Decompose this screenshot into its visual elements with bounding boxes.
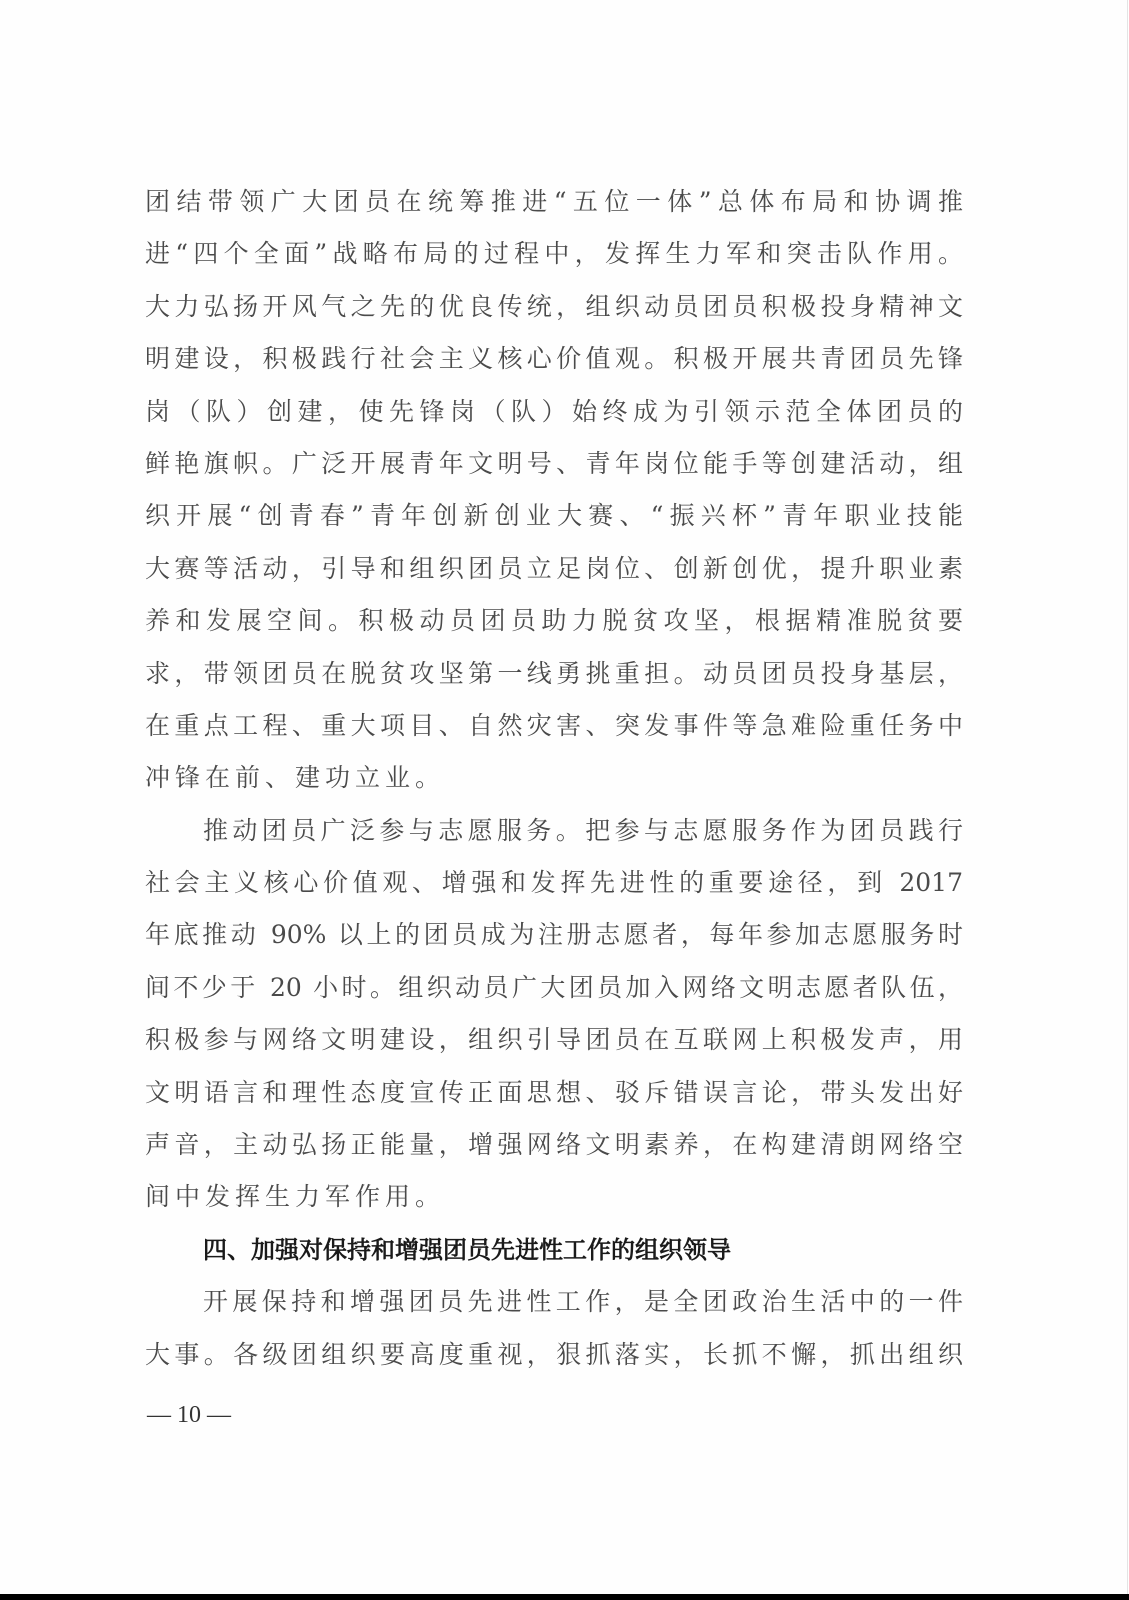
paragraph-start-line: 开展保持和增强团员先进性工作，是全团政治生活中的一件: [145, 1276, 963, 1328]
text-line: 文明语言和理性态度宣传正面思想、驳斥错误言论，带头发出好: [145, 1067, 963, 1119]
text-line: 求，带领团员在脱贫攻坚第一线勇挑重担。动员团员投身基层，: [145, 648, 963, 700]
text-line: 积极参与网络文明建设，组织引导团员在互联网上积极发声，用: [145, 1014, 963, 1066]
text-line: 大事。各级团组织要高度重视，狠抓落实，长抓不懈，抓出组织: [145, 1329, 963, 1381]
text-line: 团结带领广大团员在统筹推进“五位一体”总体布局和协调推: [145, 176, 963, 228]
text-line: 织开展“创青春”青年创新创业大赛、“振兴杯”青年职业技能: [145, 490, 963, 542]
text-line: 声音，主动弘扬正能量，增强网络文明素养，在构建清朗网络空: [145, 1119, 963, 1171]
paragraph-end-line: 冲锋在前、建功立业。: [145, 752, 963, 804]
text-line: 社会主义核心价值观、增强和发挥先进性的重要途径，到 2017: [145, 857, 963, 909]
text-line: 在重点工程、重大项目、自然灾害、突发事件等急难险重任务中: [145, 700, 963, 752]
text-line: 进“四个全面”战略布局的过程中，发挥生力军和突击队作用。: [145, 228, 963, 280]
section-heading: 四、加强对保持和增强团员先进性工作的组织领导: [145, 1224, 963, 1276]
text-line: 大赛等活动，引导和组织团员立足岗位、创新创优，提升职业素: [145, 543, 963, 595]
text-line: 间不少于 20 小时。组织动员广大团员加入网络文明志愿者队伍，: [145, 962, 963, 1014]
paragraph-start-line: 推动团员广泛参与志愿服务。把参与志愿服务作为团员践行: [145, 805, 963, 857]
text-line: 鲜艳旗帜。广泛开展青年文明号、青年岗位能手等创建活动，组: [145, 438, 963, 490]
text-line: 明建设，积极践行社会主义核心价值观。积极开展共青团员先锋: [145, 333, 963, 385]
page-number: — 10 —: [147, 1402, 231, 1429]
body-text: 团结带领广大团员在统筹推进“五位一体”总体布局和协调推 进“四个全面”战略布局的…: [145, 176, 963, 1381]
paragraph-end-line: 间中发挥生力军作用。: [145, 1171, 963, 1223]
text-line: 大力弘扬开风气之先的优良传统，组织动员团员积极投身精神文: [145, 281, 963, 333]
bottom-edge-bar: [0, 1594, 1129, 1600]
text-line: 岗（队）创建，使先锋岗（队）始终成为引领示范全体团员的: [145, 386, 963, 438]
text-line: 年底推动 90% 以上的团员成为注册志愿者，每年参加志愿服务时: [145, 909, 963, 961]
text-line: 养和发展空间。积极动员团员助力脱贫攻坚，根据精准脱贫要: [145, 595, 963, 647]
document-page: 团结带领广大团员在统筹推进“五位一体”总体布局和协调推 进“四个全面”战略布局的…: [0, 0, 1128, 1594]
